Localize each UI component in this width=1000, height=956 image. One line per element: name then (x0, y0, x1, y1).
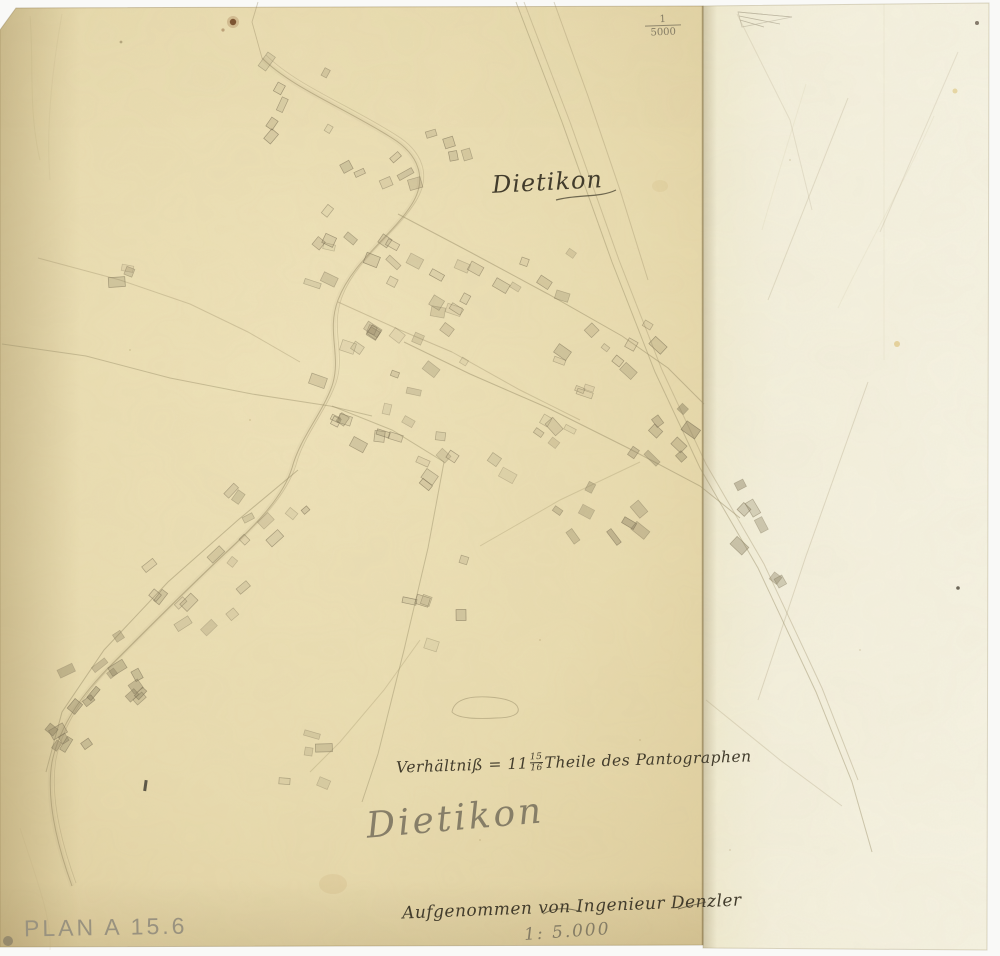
map-sheet (0, 0, 706, 956)
scanned-map-page: Dietikon 1 5000 Verhältniß = 111516Theil… (0, 0, 1000, 956)
map-canvas (0, 0, 1000, 956)
attached-light-sheet (700, 0, 990, 956)
